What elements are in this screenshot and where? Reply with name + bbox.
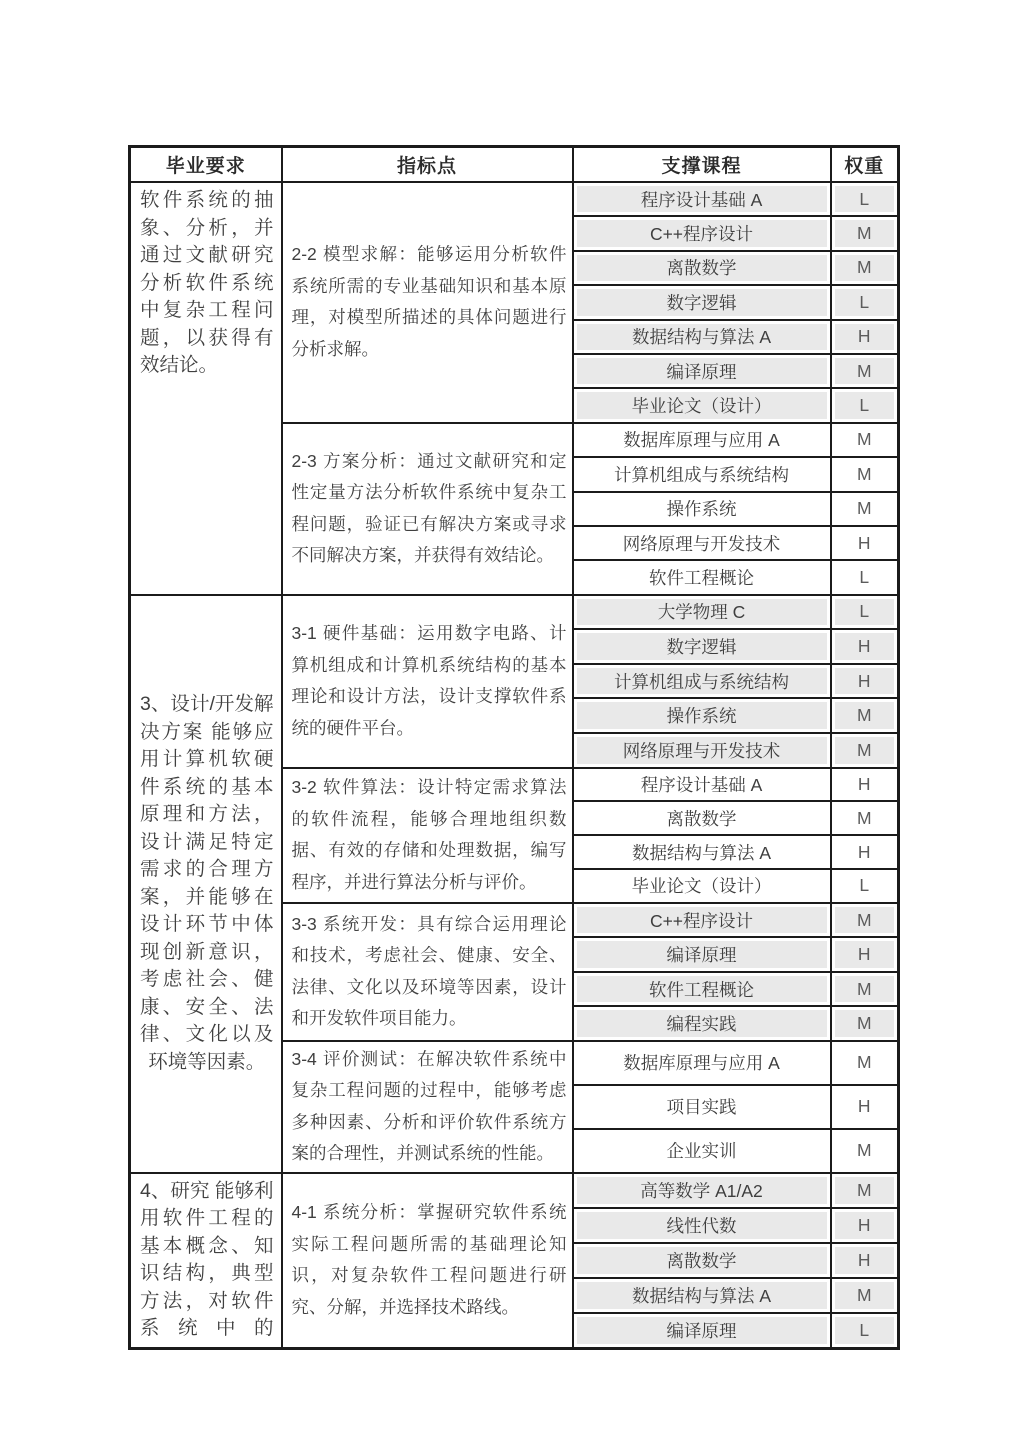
- course-cell: 程序设计基础 A: [573, 768, 831, 802]
- weight-cell: M: [831, 216, 899, 250]
- course-cell: C++程序设计: [573, 216, 831, 250]
- header-cell-weight: 权重: [831, 147, 899, 183]
- weight-cell: L: [831, 388, 899, 422]
- course-cell: 数字逻辑: [573, 285, 831, 319]
- course-cell: 离散数学: [573, 251, 831, 285]
- weight-cell: M: [831, 733, 899, 768]
- course-cell: 编程实践: [573, 1006, 831, 1041]
- weight-cell: H: [831, 1243, 899, 1278]
- course-cell: C++程序设计: [573, 903, 831, 938]
- weight-cell: M: [831, 354, 899, 388]
- weight-cell: M: [831, 423, 899, 457]
- course-cell: 操作系统: [573, 698, 831, 733]
- weight-cell: M: [831, 457, 899, 491]
- course-cell: 离散数学: [573, 1243, 831, 1278]
- weight-cell: H: [831, 1208, 899, 1243]
- curriculum-matrix-table: 毕业要求 指标点 支撑课程 权重 软件系统的抽象、分析，并通过文献研究分析软件系…: [128, 145, 900, 1350]
- weight-cell: H: [831, 664, 899, 699]
- weight-cell: L: [831, 182, 899, 216]
- weight-cell: M: [831, 1173, 899, 1208]
- indicator-cell: 3-2 软件算法：设计特定需求算法的软件流程，能够合理地组织数据、有效的存储和处…: [282, 768, 573, 903]
- course-cell: 数据结构与算法 A: [573, 320, 831, 354]
- course-cell: 大学物理 C: [573, 595, 831, 630]
- indicator-cell: 2-3 方案分析：通过文献研究和定性定量方法分析软件系统中复杂工程问题，验证已有…: [282, 423, 573, 595]
- course-matrix-body: 软件系统的抽象、分析，并通过文献研究分析软件系统中复杂工程问题，以获得有效结论。…: [130, 182, 899, 1348]
- course-cell: 毕业论文（设计）: [573, 869, 831, 903]
- indicator-cell: 3-3 系统开发：具有综合运用理论和技术，考虑社会、健康、安全、法律、文化以及环…: [282, 903, 573, 1041]
- course-cell: 数据库原理与应用 A: [573, 423, 831, 457]
- table-row: 4、研究 能够利用软件工程的基本概念、知识结构，典型方法，对软件系统中的4-1 …: [130, 1173, 899, 1208]
- weight-cell: L: [831, 285, 899, 319]
- course-cell: 程序设计基础 A: [573, 182, 831, 216]
- weight-cell: H: [831, 1085, 899, 1129]
- requirement-cell: 软件系统的抽象、分析，并通过文献研究分析软件系统中复杂工程问题，以获得有效结论。: [130, 182, 282, 595]
- weight-cell: M: [831, 903, 899, 938]
- indicator-cell: 2-2 模型求解：能够运用分析软件系统所需的专业基础知识和基本原理，对模型所描述…: [282, 182, 573, 423]
- course-cell: 数据结构与算法 A: [573, 1278, 831, 1313]
- weight-cell: M: [831, 1006, 899, 1041]
- course-cell: 毕业论文（设计）: [573, 388, 831, 422]
- course-cell: 高等数学 A1/A2: [573, 1173, 831, 1208]
- course-cell: 数据库原理与应用 A: [573, 1041, 831, 1085]
- weight-cell: M: [831, 1041, 899, 1085]
- table-header: 毕业要求 指标点 支撑课程 权重: [130, 147, 899, 183]
- header-cell-course: 支撑课程: [573, 147, 831, 183]
- requirement-cell: 4、研究 能够利用软件工程的基本概念、知识结构，典型方法，对软件系统中的: [130, 1173, 282, 1349]
- weight-cell: H: [831, 320, 899, 354]
- header-row: 毕业要求 指标点 支撑课程 权重: [130, 147, 899, 183]
- indicator-cell: 3-1 硬件基础：运用数字电路、计算机组成和计算机系统结构的基本理论和设计方法，…: [282, 595, 573, 768]
- table-row: 3、设计/开发解决方案 能够应用计算机软硬件系统的基本原理和方法，设计满足特定需…: [130, 595, 899, 630]
- course-cell: 数字逻辑: [573, 629, 831, 664]
- weight-cell: M: [831, 698, 899, 733]
- course-cell: 编译原理: [573, 937, 831, 972]
- weight-cell: M: [831, 1278, 899, 1313]
- course-cell: 离散数学: [573, 801, 831, 835]
- course-cell: 企业实训: [573, 1129, 831, 1173]
- course-cell: 操作系统: [573, 492, 831, 526]
- weight-cell: M: [831, 1129, 899, 1173]
- weight-cell: M: [831, 251, 899, 285]
- weight-cell: H: [831, 629, 899, 664]
- course-cell: 计算机组成与系统结构: [573, 664, 831, 699]
- course-cell: 软件工程概论: [573, 560, 831, 594]
- weight-cell: H: [831, 768, 899, 802]
- weight-cell: H: [831, 835, 899, 869]
- weight-cell: H: [831, 526, 899, 560]
- course-cell: 数据结构与算法 A: [573, 835, 831, 869]
- course-cell: 编译原理: [573, 354, 831, 388]
- course-cell: 线性代数: [573, 1208, 831, 1243]
- indicator-cell: 3-4 评价测试：在解决软件系统中复杂工程问题的过程中，能够考虑多种因素、分析和…: [282, 1041, 573, 1173]
- weight-cell: M: [831, 801, 899, 835]
- weight-cell: H: [831, 937, 899, 972]
- course-cell: 网络原理与开发技术: [573, 733, 831, 768]
- course-cell: 编译原理: [573, 1313, 831, 1348]
- requirement-cell: 3、设计/开发解决方案 能够应用计算机软硬件系统的基本原理和方法，设计满足特定需…: [130, 595, 282, 1173]
- course-cell: 软件工程概论: [573, 972, 831, 1007]
- weight-cell: M: [831, 492, 899, 526]
- indicator-cell: 4-1 系统分析：掌握研究软件系统实际工程问题所需的基础理论知识，对复杂软件工程…: [282, 1173, 573, 1349]
- weight-cell: L: [831, 560, 899, 594]
- weight-cell: L: [831, 869, 899, 903]
- weight-cell: L: [831, 595, 899, 630]
- header-cell-indicator: 指标点: [282, 147, 573, 183]
- course-cell: 网络原理与开发技术: [573, 526, 831, 560]
- table-row: 软件系统的抽象、分析，并通过文献研究分析软件系统中复杂工程问题，以获得有效结论。…: [130, 182, 899, 216]
- weight-cell: M: [831, 972, 899, 1007]
- course-cell: 项目实践: [573, 1085, 831, 1129]
- header-cell-requirement: 毕业要求: [130, 147, 282, 183]
- course-cell: 计算机组成与系统结构: [573, 457, 831, 491]
- weight-cell: L: [831, 1313, 899, 1348]
